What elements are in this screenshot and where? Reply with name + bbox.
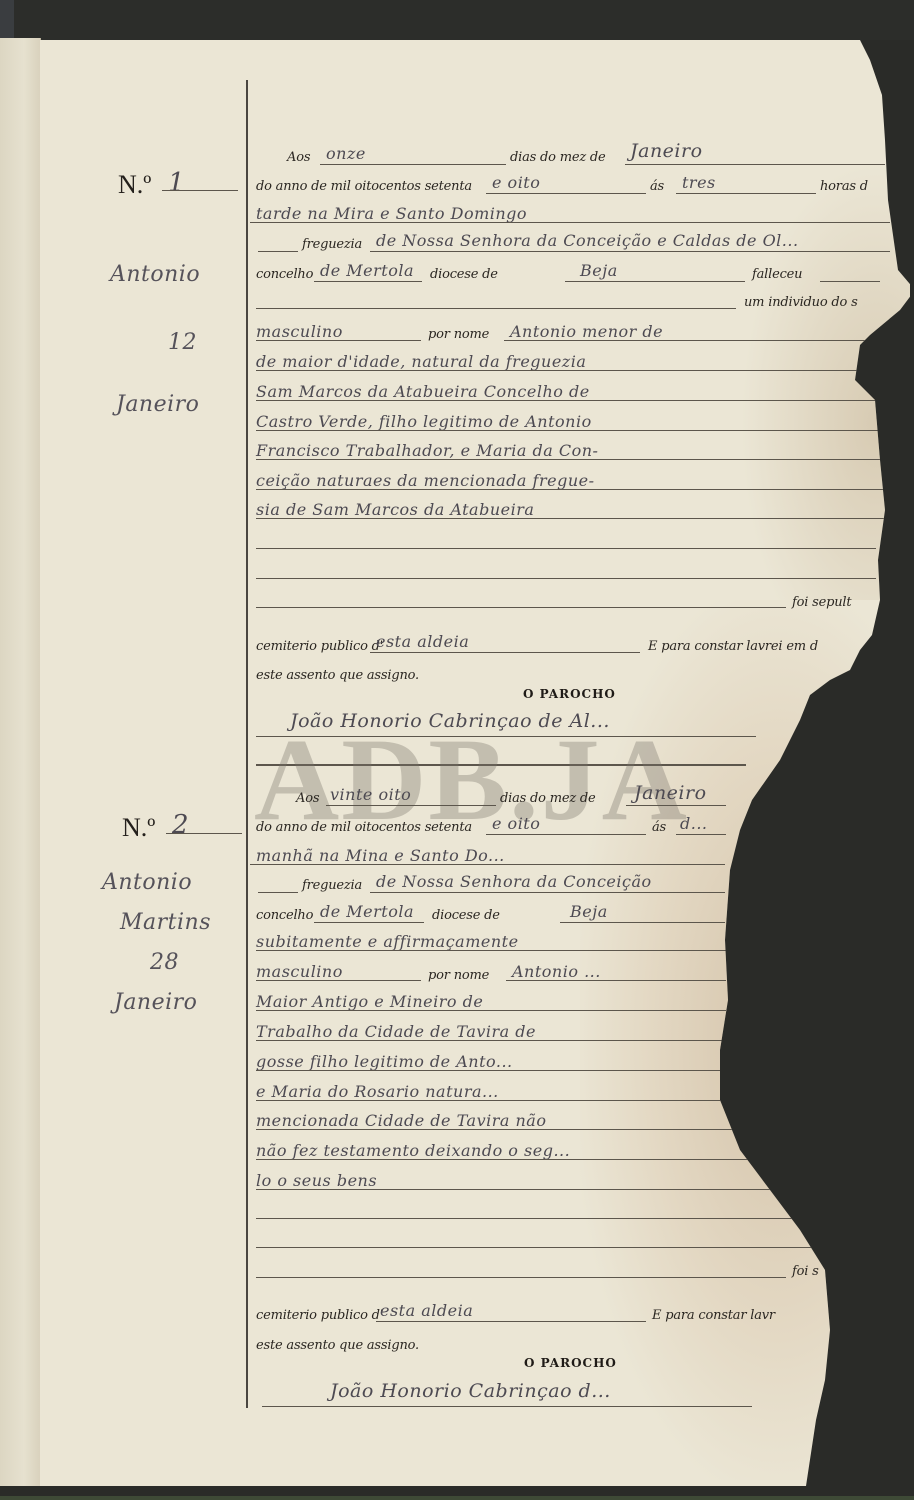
label-diocese: diocese de [430, 267, 498, 282]
field-hour: tres [682, 173, 716, 192]
body-line: não fez testamento deixando o seg... [256, 1141, 570, 1160]
field-name: Antonio ... [512, 962, 601, 981]
field-parish: de Nossa Senhora da Conceição [376, 872, 652, 891]
label-horas: horas d [820, 179, 868, 194]
label-aos: Aos [296, 791, 319, 806]
field-diocese: Beja [570, 902, 608, 921]
label-por-nome: por nome [428, 327, 489, 342]
body-line: e Maria do Rosario natura... [256, 1082, 499, 1101]
scanner-background-bottom [0, 1496, 914, 1500]
field-year: e oito [492, 814, 540, 833]
body-line: gosse filho legitimo de Anto... [256, 1052, 513, 1071]
field-place: manhã na Mina e Santo Do... [256, 846, 505, 865]
field-month: Janeiro [634, 782, 707, 804]
label-do-anno: do anno de mil oitocentos setenta [256, 179, 472, 194]
field-cause: subitamente e affirmaçamente [256, 932, 519, 951]
label-falleceu: falleceu [752, 267, 802, 282]
margin-rule [246, 80, 248, 1408]
label-foi-sepultado: foi sepult [792, 595, 851, 610]
label-parocho: O PAROCHO [524, 1356, 617, 1370]
label-este-assento: este assento que assigno. [256, 668, 419, 683]
field-diocese: Beja [580, 261, 618, 280]
label-cemiterio: cemiterio publico d' [256, 1308, 383, 1323]
margin-name: Antonio [102, 870, 192, 895]
label-as: ás [652, 820, 666, 835]
body-line: Francisco Trabalhador, e Maria da Con- [256, 441, 598, 460]
entry-number-label: N.º [118, 170, 151, 200]
margin-day: 28 [150, 950, 179, 975]
margin-name: Antonio [110, 262, 200, 287]
body-line: Castro Verde, filho legitimo de Antonio [256, 412, 592, 431]
label-e-para-constar: E para constar lavrei em d [648, 639, 818, 654]
body-line: de maior d'idade, natural da freguezia [256, 352, 586, 371]
label-diocese: diocese de [432, 908, 500, 923]
facing-page-edge [0, 38, 41, 1486]
book-spine [0, 0, 14, 40]
label-foi-sepultado: foi s [792, 1264, 819, 1279]
field-day: vinte oito [330, 785, 411, 804]
entry-number: 2 [172, 810, 189, 840]
label-e-para-constar: E para constar lavr [652, 1308, 775, 1323]
body-line: Trabalho da Cidade de Tavira de [256, 1022, 536, 1041]
field-cemiterio: esta aldeia [380, 1301, 473, 1320]
entry-number-label: N.º [122, 813, 155, 843]
field-concelho: de Mertola [320, 902, 414, 921]
margin-month: Janeiro [116, 392, 199, 417]
field-hour: d... [680, 814, 708, 833]
margin-month: Janeiro [114, 990, 197, 1015]
field-concelho: de Mertola [320, 261, 414, 280]
body-line: Maior Antigo e Mineiro de [256, 992, 483, 1011]
margin-surname: Martins [120, 910, 211, 935]
label-dias-do-mez: dias do mez de [510, 150, 606, 165]
margin-day: 12 [168, 330, 197, 355]
signature: João Honorio Cabrinçao d... [330, 1380, 611, 1402]
register-page: N.º 1 Antonio 12 Janeiro Aos onze dias d… [40, 40, 910, 1486]
label-cemiterio: cemiterio publico d' [256, 639, 383, 654]
field-month: Janeiro [630, 140, 703, 162]
body-line: ceição naturaes da mencionada fregue- [256, 471, 595, 490]
label-aos: Aos [287, 150, 310, 165]
field-sex: masculino [256, 962, 343, 981]
field-year: e oito [492, 173, 540, 192]
body-line: Sam Marcos da Atabueira Concelho de [256, 382, 590, 401]
scanner-background-top [0, 0, 914, 40]
body-line: mencionada Cidade de Tavira não [256, 1111, 546, 1130]
label-um-individuo: um individuo do s [744, 295, 858, 310]
label-concelho: concelho [256, 267, 313, 282]
field-name: Antonio menor de [510, 322, 663, 341]
label-concelho: concelho [256, 908, 313, 923]
body-line: sia de Sam Marcos da Atabueira [256, 500, 534, 519]
label-este-assento: este assento que assigno. [256, 1338, 419, 1353]
field-day: onze [326, 144, 366, 163]
field-parish: de Nossa Senhora da Conceição e Caldas d… [376, 231, 799, 250]
label-por-nome: por nome [428, 968, 489, 983]
body-line: lo o seus bens [256, 1171, 377, 1190]
entry-number: 1 [168, 168, 185, 198]
label-dias-do-mez: dias do mez de [500, 791, 596, 806]
label-freguezia: freguezia [302, 237, 362, 252]
label-freguezia: freguezia [302, 878, 362, 893]
label-as: ás [650, 179, 664, 194]
field-place: tarde na Mira e Santo Domingo [256, 204, 527, 223]
label-parocho: O PAROCHO [523, 687, 616, 701]
water-stain [740, 160, 910, 600]
label-do-anno: do anno de mil oitocentos setenta [256, 820, 472, 835]
field-sex: masculino [256, 322, 343, 341]
field-cemiterio: esta aldeia [376, 632, 469, 651]
